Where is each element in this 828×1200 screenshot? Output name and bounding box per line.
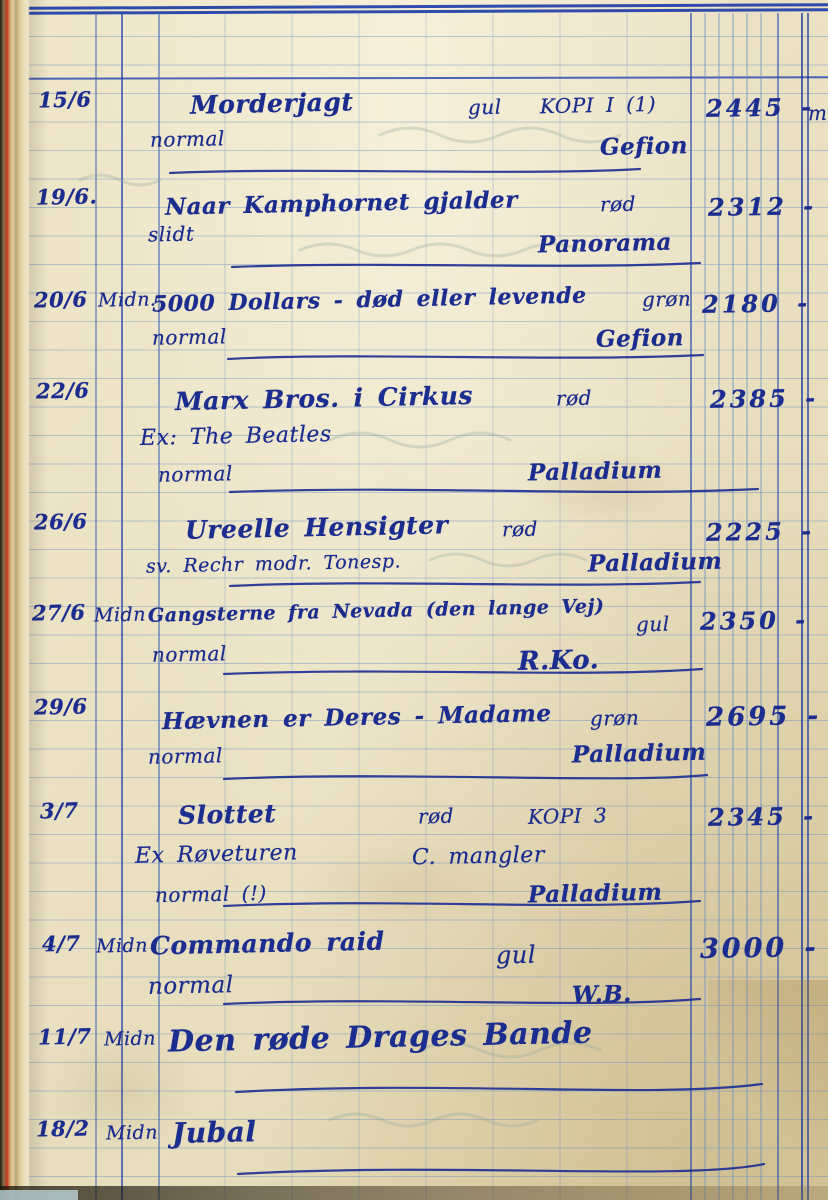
cinema-name: Palladium bbox=[528, 457, 663, 487]
bottom-left-sliver bbox=[0, 1190, 78, 1200]
cinema-name: Panorama bbox=[538, 229, 672, 259]
cinema-name: Gefion bbox=[596, 324, 685, 353]
amount-value: 2445 - bbox=[706, 92, 815, 123]
midnight-note: Midn bbox=[106, 1121, 158, 1144]
film-title: Morderjagt bbox=[190, 87, 354, 119]
condition-note: normal bbox=[148, 972, 234, 1000]
amount-value: 2695 - bbox=[706, 701, 822, 733]
midnight-note: Midn. bbox=[98, 288, 157, 311]
copy-color-note: rød bbox=[418, 804, 454, 829]
vline bbox=[690, 13, 692, 1200]
midnight-note: Midn bbox=[96, 934, 148, 957]
extra-note: Ex: The Beatles bbox=[140, 422, 332, 451]
cinema-name: Palladium bbox=[572, 739, 707, 769]
copy-number-note: KOPI I (1) bbox=[540, 92, 657, 118]
copy-color-note: gul bbox=[496, 941, 537, 970]
copy-number-note: KOPI 3 bbox=[528, 803, 608, 829]
amount-value: 2345 - bbox=[708, 801, 817, 832]
book-spine bbox=[0, 0, 30, 1200]
cinema-name: W.B. bbox=[572, 980, 632, 1008]
copy-color-note: gul bbox=[636, 612, 670, 637]
condition-note: normal (!) bbox=[155, 881, 267, 907]
extra-note: Ex Røveturen bbox=[135, 840, 298, 868]
film-title: Ureelle Hensigter bbox=[185, 510, 449, 545]
ledger-page-photo: 15/6 Morderjagt gul KOPI I (1) 2445 - m … bbox=[0, 0, 828, 1200]
amount-value: 2350 - bbox=[700, 605, 809, 636]
midnight-note: Midn bbox=[104, 1027, 156, 1050]
copy-color-note: rød bbox=[600, 192, 636, 217]
copy-color-note: gul bbox=[468, 95, 502, 120]
copy-color-note: rød bbox=[556, 386, 592, 411]
cinema-name: Gefion bbox=[600, 132, 689, 161]
condition-note: normal bbox=[152, 641, 227, 667]
film-title: Commando raid bbox=[150, 927, 385, 961]
condition-note: slidt bbox=[148, 222, 195, 247]
cinema-name: Palladium bbox=[588, 548, 723, 578]
amount-value: 3000 - bbox=[700, 932, 819, 965]
midnight-note: Midn bbox=[94, 603, 146, 626]
condition-note: normal bbox=[158, 461, 233, 487]
copy-color-note: rød bbox=[502, 517, 538, 542]
copy-color-note: grøn bbox=[590, 705, 640, 730]
cinema-name: Palladium bbox=[528, 879, 663, 909]
film-title: Slottet bbox=[178, 799, 277, 830]
condition-note: normal bbox=[152, 324, 227, 350]
copy-color-note: grøn bbox=[642, 286, 692, 311]
condition-note: normal bbox=[148, 743, 223, 769]
amount-suffix: m bbox=[808, 101, 828, 125]
cinema-name: R.Ko. bbox=[518, 645, 600, 677]
condition-note: normal bbox=[150, 126, 225, 152]
bottom-edge-shadow bbox=[0, 1186, 828, 1200]
amount-value: 2180 - bbox=[702, 288, 811, 319]
extra-note: C. mangler bbox=[412, 843, 545, 871]
amount-value: 2385 - bbox=[710, 383, 819, 414]
film-title: Jubal bbox=[172, 1115, 257, 1150]
amount-value: 2312 - bbox=[708, 191, 817, 222]
amount-value: 2225 - bbox=[706, 516, 815, 547]
page-curl-shadow bbox=[708, 980, 828, 1200]
